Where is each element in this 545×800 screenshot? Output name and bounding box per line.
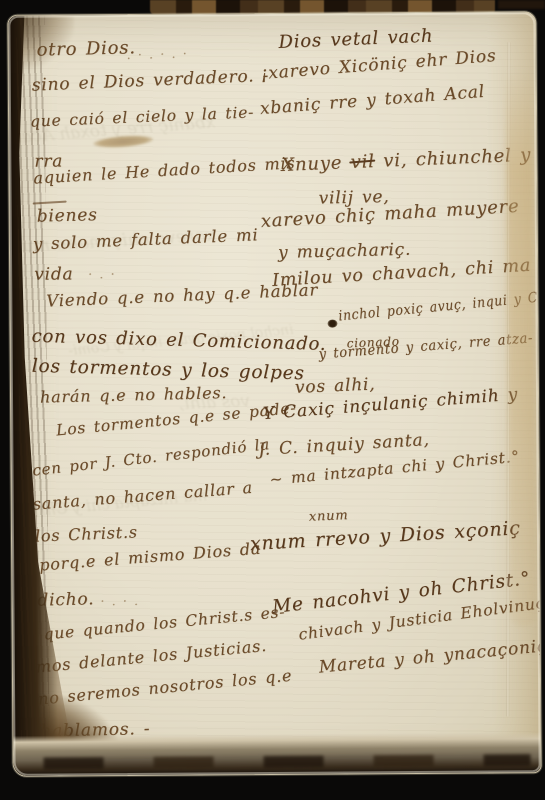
binding-tatter-corner [498, 0, 545, 9]
manuscript-line: los tormentos y los golpes [32, 358, 305, 384]
word-run: Xnuye [281, 152, 351, 176]
ink-blot [327, 320, 337, 328]
binding-streaks [16, 16, 49, 776]
manuscript-line: . · . · . · [126, 48, 187, 61]
manuscript-line: porq.e el mismo Dios da [39, 541, 262, 574]
manuscript-photo: otro Dios.que caió el cielo y la tie-bie… [0, 0, 545, 800]
manuscript-line: xbaniç rre y toxah Acal [259, 84, 485, 118]
manuscript-line: mos delante los Justicias. [35, 638, 267, 676]
manuscript-line: aquien le He dado todos mis [33, 155, 296, 187]
struck-word: vil [350, 151, 375, 173]
manuscript-line: Imilou vo chavach, chi ma [272, 258, 532, 291]
manuscript-page: otro Dios.que caió el cielo y la tie-bie… [7, 11, 541, 777]
manuscript-line: Xnuye vil vi, chiunchel y [281, 146, 531, 174]
text-layer: otro Dios.. · . · . ·sino el Dios verdad… [8, 12, 535, 16]
manuscript-line: Los tormentos q.e se pade- [56, 401, 297, 439]
manuscript-line: cen por J. Cto. respondió la [32, 437, 271, 479]
manuscript-line: sino el Dios verdadero. - [31, 68, 269, 95]
manuscript-line: harán q.e no hables. [40, 385, 228, 406]
manuscript-line: xarevo chiç maha muyere [260, 198, 520, 231]
manuscript-line: Dios vetal vach [278, 27, 433, 51]
manuscript-line: ¡xarevo Xicöniç ehr Dios [260, 48, 497, 83]
manuscript-line: · . · . [100, 595, 138, 607]
manuscript-line: · . · [88, 268, 115, 280]
manuscript-line: xnum rrevo y Dios xçoniç [249, 519, 521, 554]
ink-bleedthrough-layer: otro Dios.que caió el cielo y la tie-bie… [8, 12, 535, 16]
manuscript-line: y muçachariç. [278, 242, 412, 262]
manuscript-line: xnum [309, 509, 349, 524]
manuscript-line: J. C. inquiy santa, [258, 432, 430, 459]
right-edge-stain [506, 67, 537, 627]
manuscript-line: vos alhi, [295, 376, 376, 396]
manuscript-line: los Christ.s [35, 524, 138, 544]
